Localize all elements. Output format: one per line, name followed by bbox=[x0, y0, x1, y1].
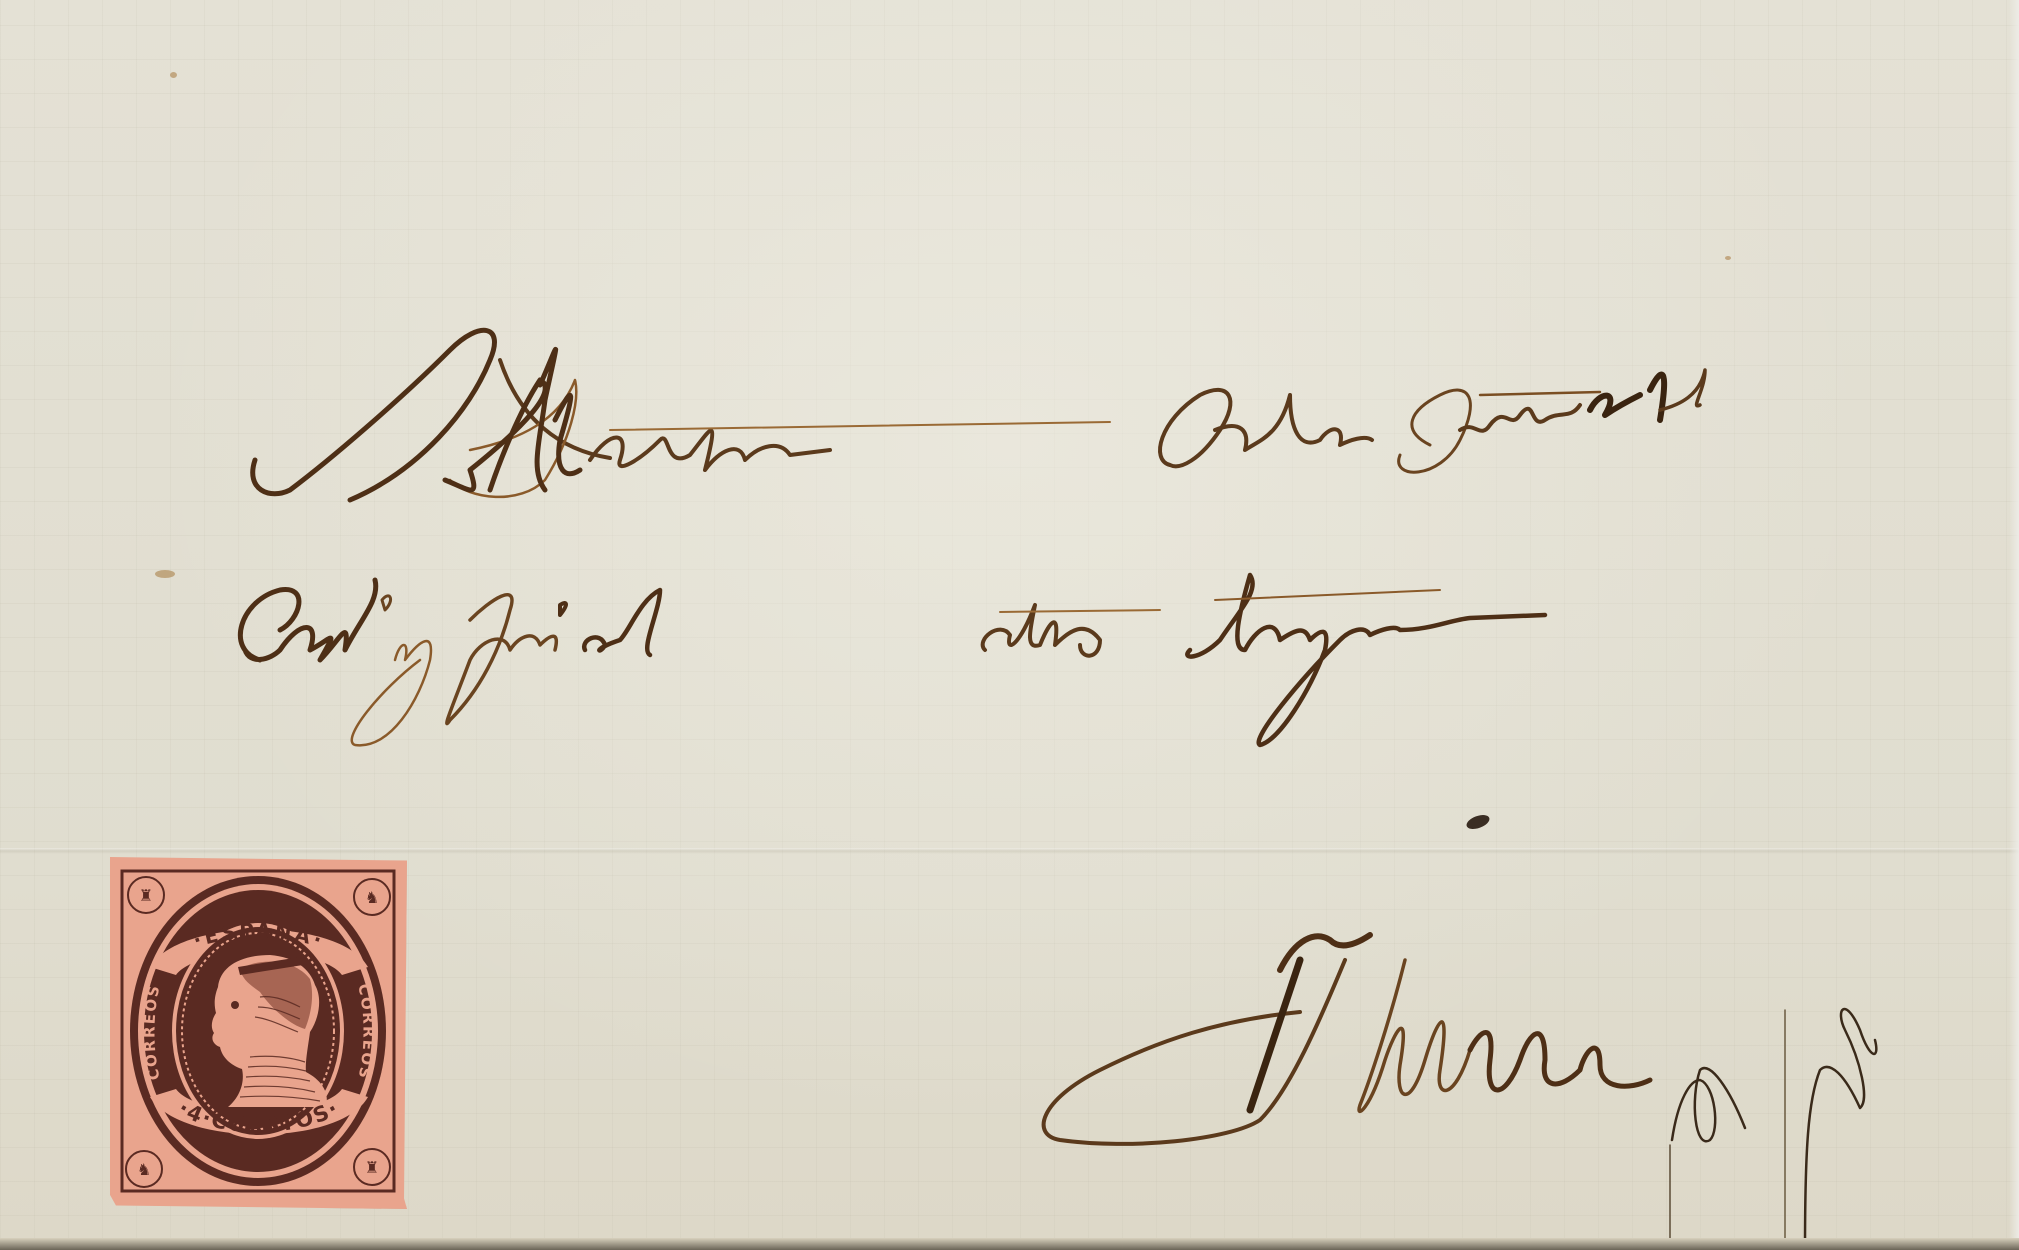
address-line-1-strokes bbox=[253, 330, 1705, 500]
castle-icon: ♜ bbox=[139, 886, 153, 905]
postage-stamp: ♜ ♞ ♞ ♜ ·ESPAÑA· ·4·CUARTOS· CORREOS COR… bbox=[110, 857, 407, 1209]
lion-icon: ♞ bbox=[365, 888, 379, 907]
castle-icon: ♜ bbox=[365, 1158, 379, 1177]
address-line-2-strokes bbox=[240, 575, 1545, 745]
paper-right-edge bbox=[2009, 0, 2019, 1250]
address-line-3-strokes bbox=[1044, 935, 1877, 1250]
paper-bottom-edge bbox=[0, 1238, 2019, 1250]
stamp-design: ♜ ♞ ♞ ♜ ·ESPAÑA· ·4·CUARTOS· CORREOS COR… bbox=[110, 857, 407, 1209]
lion-icon: ♞ bbox=[137, 1160, 151, 1179]
